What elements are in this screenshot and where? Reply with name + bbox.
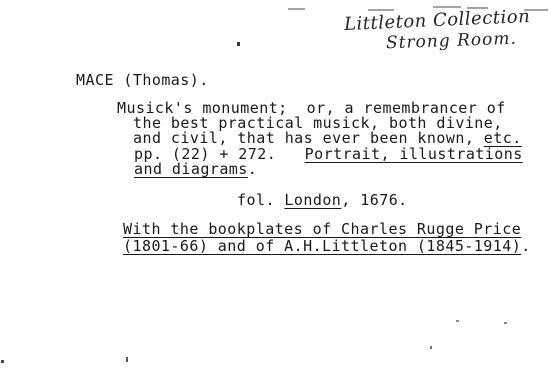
scan-speck (456, 320, 459, 322)
imprint-place: London (284, 191, 341, 209)
author-heading: MACE (Thomas). (76, 73, 209, 88)
scan-speck (237, 42, 240, 46)
provenance-dates: (1801-66) and of A.H.Littleton (1845-191… (123, 237, 521, 255)
scan-speck (504, 322, 507, 324)
title-line-3: and civil, that has ever been known, etc… (133, 131, 522, 146)
collation-portrait: Portrait, illustrations (305, 145, 523, 163)
provenance-line-1: With the bookplates of Charles Rugge Pri… (123, 222, 521, 237)
imprint-format: fol. (237, 191, 284, 209)
scan-dash (288, 8, 305, 10)
collation-period: . (248, 160, 257, 178)
handwritten-location-note: Strong Room. (386, 29, 517, 54)
imprint-date: , 1676. (341, 191, 407, 209)
collation-line-2: and diagrams. (134, 162, 257, 177)
collation-diagrams: and diagrams (134, 160, 248, 178)
scan-speck (1, 360, 4, 363)
catalogue-card: Littleton Collection Strong Room. MACE (… (0, 0, 550, 374)
scan-speck (430, 346, 432, 349)
scan-dash (433, 6, 461, 8)
scan-dash (368, 9, 394, 11)
provenance-line-2: (1801-66) and of A.H.Littleton (1845-191… (123, 239, 531, 254)
scan-speck (126, 357, 128, 362)
imprint-line: fol. London, 1676. (237, 193, 408, 208)
provenance-period: . (521, 237, 530, 255)
